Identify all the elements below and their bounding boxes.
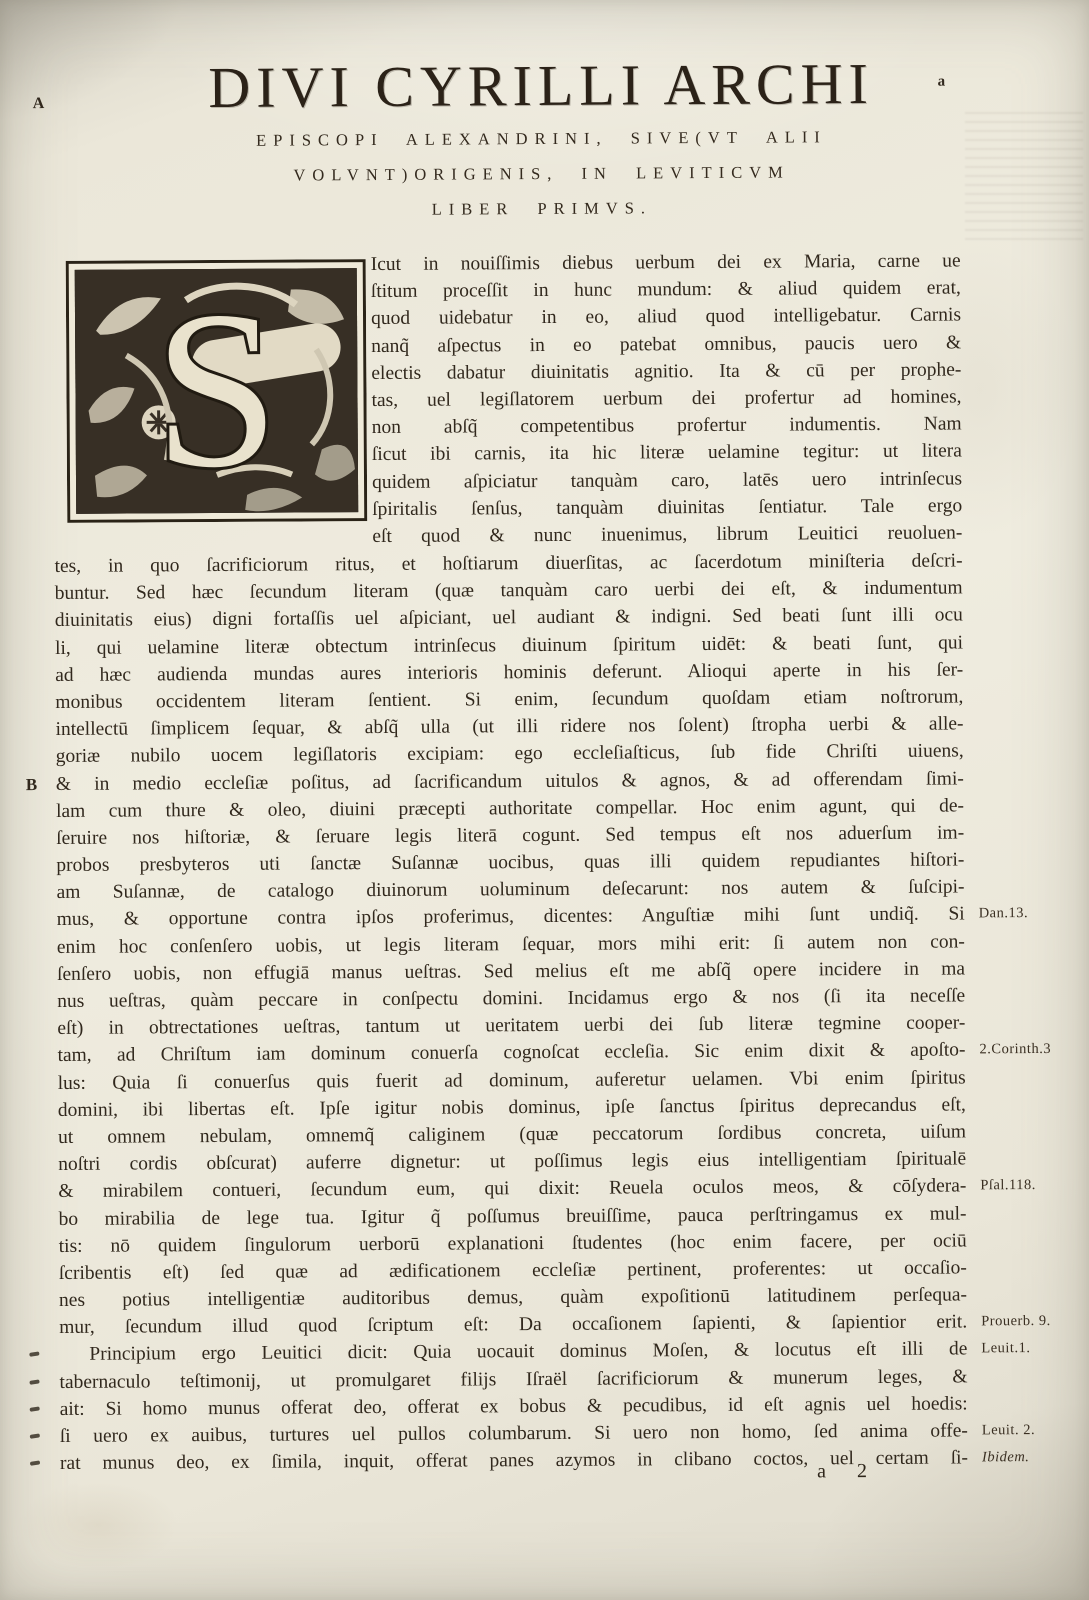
body-line: nanq̃ aſpectus in eo patebat omnibus, pa… [371, 329, 961, 360]
drop-cap-letter: S [153, 264, 280, 515]
body-line: electis dabatur diuinitatis agnitio. Ita… [371, 356, 961, 387]
margin-note: Leuit.1. [981, 1335, 1030, 1363]
title-annotation: a [938, 74, 946, 91]
body-line: ſtitum proceſſit in hunc mundum: & aliud… [371, 275, 961, 306]
margin-note: Pſal.118. [980, 1172, 1036, 1200]
lines-beside-initial: Icut in nouiſſimis diebus uerbum dei ex … [371, 247, 963, 550]
body-line: tas, uel legiſlatorem uerbum dei profert… [371, 383, 961, 414]
margin-note: Leuit. 2. [982, 1417, 1035, 1445]
subtitle-line: LIBER PRIMVS. [0, 188, 1086, 230]
body-line-text: tas, uel legiſlatorem uerbum dei profert… [371, 383, 961, 414]
margin-letter-b: B [26, 771, 38, 798]
body-line-text: ſtitum proceſſit in hunc mundum: & aliud… [371, 275, 961, 306]
body-text: S Icut in nouiſſimis diebus uerbum dei e… [53, 247, 968, 1477]
margin-tick-mark [29, 1406, 39, 1411]
body-line-text: ſicut ibi carnis, ita hic literæ uelamin… [372, 438, 962, 469]
margin-note: 2.Corinth.3 [979, 1036, 1051, 1064]
body-line-text: Icut in nouiſſimis diebus uerbum dei ex … [371, 247, 961, 278]
margin-note: Dan.13. [979, 900, 1029, 928]
margin-tick-mark [30, 1433, 40, 1438]
margin-tick-mark [30, 1461, 40, 1466]
margin-note: Ibidem. [982, 1444, 1030, 1471]
margin-tick-mark [29, 1379, 39, 1384]
page-title: DIVI CYRILLI ARCHI [0, 49, 1086, 123]
body-line-text: quidem aſpiciatur tanquàm caro, latēs ue… [372, 465, 962, 496]
opening-paragraph: S Icut in nouiſſimis diebus uerbum dei e… [53, 247, 963, 553]
signature-mark: a 2 [817, 1460, 867, 1483]
woodcut-initial: S [66, 259, 368, 523]
page-subtitle: EPISCOPI ALEXANDRINI, SIVE(VT ALII VOLVN… [0, 118, 1086, 230]
body-line: ſicut ibi carnis, ita hic literæ uelamin… [372, 438, 962, 469]
body-line: eſt quod & nunc inuenimus, librum Leuiti… [372, 519, 962, 550]
body-line: non abſq̃ competentibus profertur indume… [372, 411, 962, 442]
body-line-text: quod uidebatur in eo, aliud quod intelli… [371, 302, 961, 333]
full-width-lines: tes, in quo ſacrificiorum ritus, et hoſt… [54, 547, 968, 1477]
body-line-text: eſt quod & nunc inuenimus, librum Leuiti… [372, 519, 962, 550]
scanned-page: A DIVI CYRILLI ARCHI a EPISCOPI ALEXANDR… [0, 0, 1089, 1600]
body-line-text: electis dabatur diuinitatis agnitio. Ita… [371, 356, 961, 387]
body-line-text: non abſq̃ competentibus profertur indume… [372, 411, 962, 442]
body-line-text: ſpiritalis ſenſus, tanquàm diuinitas ſen… [372, 492, 962, 523]
margin-tick-mark [29, 1352, 39, 1357]
body-line: ſpiritalis ſenſus, tanquàm diuinitas ſen… [372, 492, 962, 523]
woodcut-initial-art: S [66, 259, 368, 523]
body-line: quidem aſpiciatur tanquàm caro, latēs ue… [372, 465, 962, 496]
margin-note: Prouerb. 9. [981, 1308, 1051, 1336]
body-line-text: nanq̃ aſpectus in eo patebat omnibus, pa… [371, 329, 961, 360]
body-line: Icut in nouiſſimis diebus uerbum dei ex … [371, 247, 961, 278]
body-line: quod uidebatur in eo, aliud quod intelli… [371, 302, 961, 333]
